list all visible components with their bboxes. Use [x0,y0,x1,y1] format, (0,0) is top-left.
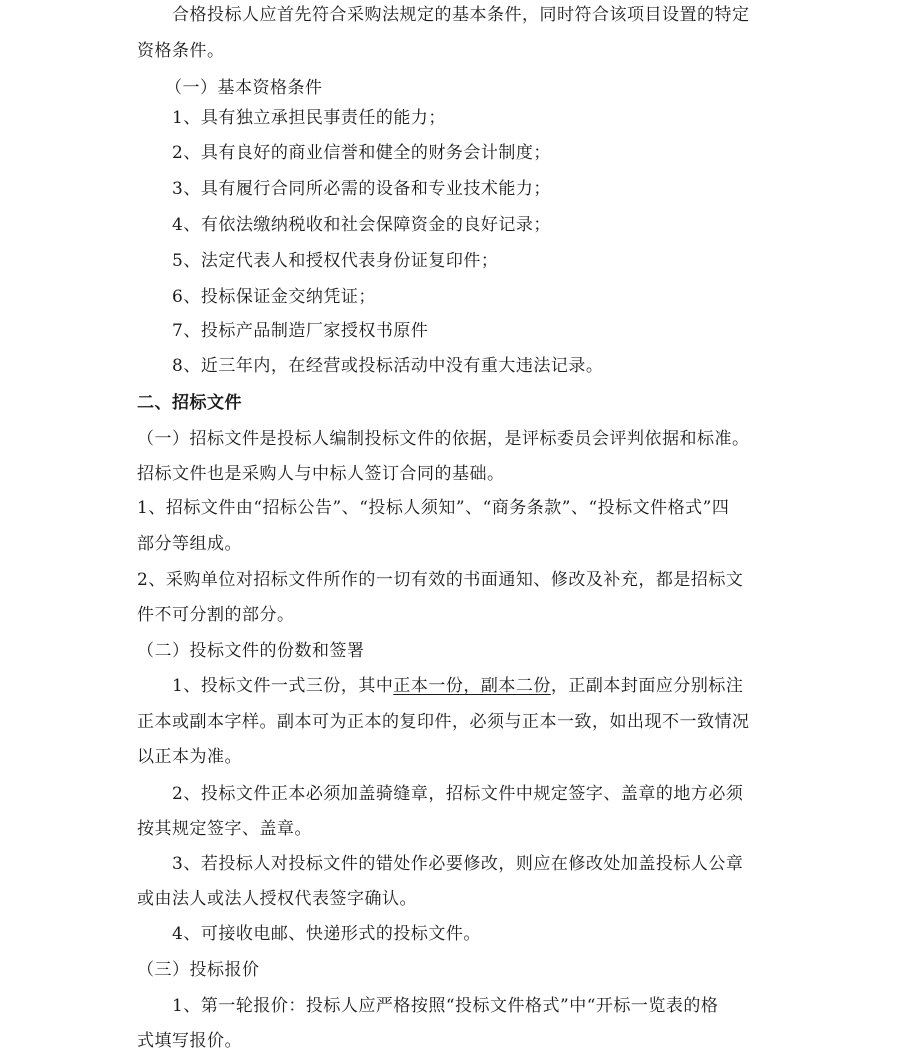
paragraph-tender-composition-line-1: 1、招标文件由“招标公告”、“投标人须知”、“商务条款”、“投标文件格式”四 [137,497,729,519]
paragraph-tender-amendments-line-2: 件不可分割的部分。 [137,604,295,626]
list-item-basic-8: 8、近三年内，在经营或投标活动中没有重大违法记录。 [172,355,603,377]
paragraph-tender-amendments-line-1: 2、采购单位对招标文件所作的一切有效的书面通知、修改及补充，都是招标文 [137,569,743,591]
paragraph-copies-4: 4、可接收电邮、快递形式的投标文件。 [172,923,481,945]
paragraph-intro-line-1: 合格投标人应首先符合采购法规定的基本条件，同时符合该项目设置的特定 [172,4,750,26]
paragraph-copies-3-line-2: 或由法人或法人授权代表签字确认。 [137,888,417,910]
subsection-heading-basic-qualifications: （一）基本资格条件 [165,77,323,99]
paragraph-intro-line-2: 资格条件。 [137,40,225,62]
paragraph-copies-2-line-1: 2、投标文件正本必须加盖骑缝章，招标文件中规定签字、盖章的地方必须 [172,783,743,805]
paragraph-tender-basis-line-1: （一）招标文件是投标人编制投标文件的依据，是评标委员会评判依据和标准。 [137,428,750,450]
paragraph-tender-composition-line-2: 部分等组成。 [137,533,242,555]
paragraph-price-1-line-2: 式填写报价。 [137,1030,242,1052]
copies-1-underlined-text: 正本一份，副本二份 [393,676,551,696]
list-item-basic-6: 6、投标保证金交纳凭证； [172,286,376,308]
section-heading-tender-documents: 二、招标文件 [137,392,242,414]
list-item-basic-3: 3、具有履行合同所必需的设备和专业技术能力； [172,178,551,200]
list-item-basic-1: 1、具有独立承担民事责任的能力； [172,107,446,129]
paragraph-copies-3-line-1: 3、若投标人对投标文件的错处作必要修改，则应在修改处加盖投标人公章 [172,853,743,875]
copies-1-suffix: ，正副本封面应分别标注 [551,676,744,696]
paragraph-price-1-line-1: 1、第一轮报价：投标人应严格按照“投标文件格式”中“开标一览表的格 [172,995,718,1017]
paragraph-copies-1-line-1: 1、投标文件一式三份，其中正本一份，副本二份，正副本封面应分别标注 [172,675,743,697]
paragraph-tender-basis-line-2: 招标文件也是采购人与中标人签订合同的基础。 [137,463,505,485]
subsection-heading-copies-and-signing: （二）投标文件的份数和签署 [137,640,365,662]
list-item-basic-7: 7、投标产品制造厂家授权书原件 [172,320,428,342]
copies-1-prefix: 1、投标文件一式三份，其中 [172,676,393,696]
list-item-basic-5: 5、法定代表人和授权代表身份证复印件； [172,250,498,272]
document-page: 合格投标人应首先符合采购法规定的基本条件，同时符合该项目设置的特定 资格条件。 … [0,0,900,1055]
paragraph-copies-1-line-3: 以正本为准。 [137,746,242,768]
list-item-basic-2: 2、具有良好的商业信誉和健全的财务会计制度； [172,142,551,164]
subsection-heading-bid-price: （三）投标报价 [137,959,260,981]
paragraph-copies-1-line-2: 正本或副本字样。副本可为正本的复印件，必须与正本一致，如出现不一致情况 [137,711,750,733]
list-item-basic-4: 4、有依法缴纳税收和社会保障资金的良好记录； [172,214,551,236]
paragraph-copies-2-line-2: 按其规定签字、盖章。 [137,818,312,840]
